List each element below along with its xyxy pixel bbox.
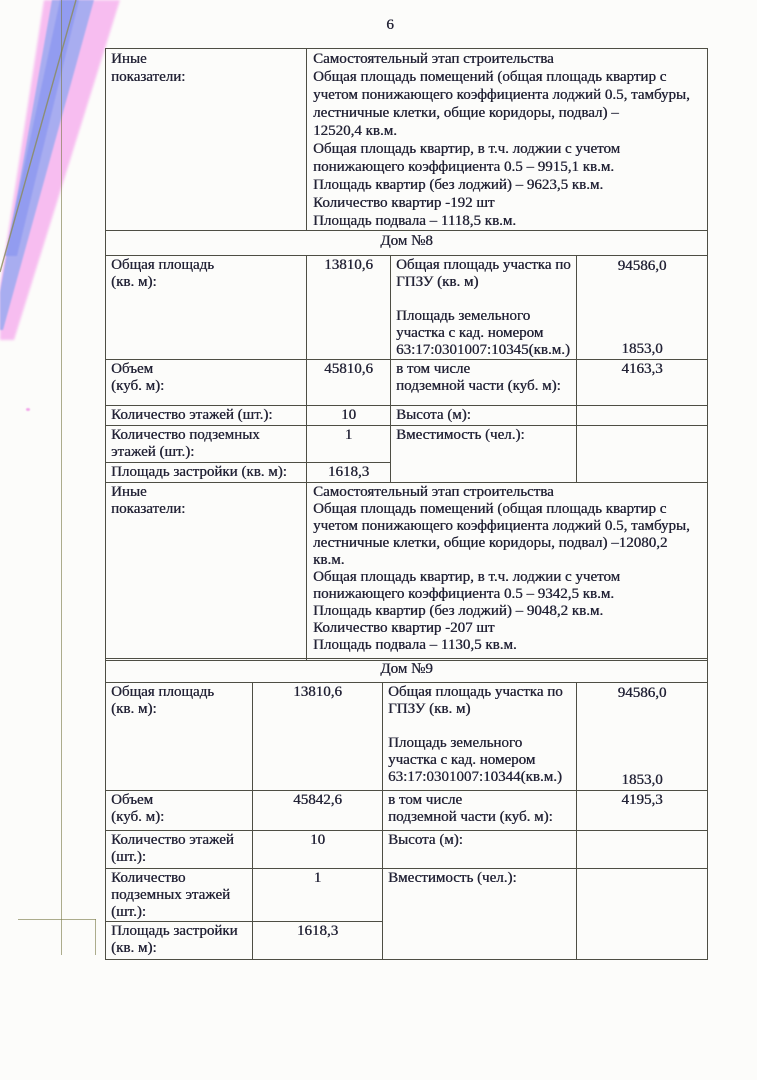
- house9-plot-area-values: 94586,0 1853,0: [577, 683, 708, 791]
- scan-line-vertical-bottom: [95, 919, 96, 955]
- house9-floors-value: 10: [253, 831, 383, 869]
- house9-title: Дом №9: [106, 659, 708, 683]
- other-indicators-label: Иные показатели:: [106, 49, 307, 231]
- house8-underground-volume-value: 4163,3: [577, 360, 708, 406]
- house9-height-value-empty: [577, 831, 708, 869]
- paper-edge-line: [0, 0, 76, 272]
- house9-underground-floors-value: 1: [253, 869, 383, 922]
- table-row: Иные показатели: Самостоятельный этап ст…: [106, 49, 708, 231]
- house8-underground-volume-label: в том числе подземной части (куб. м):: [391, 360, 577, 406]
- table-row: Количество подземных этажей (шт.): 1 Вме…: [106, 869, 708, 922]
- house8-plot-area-gpzu-value: 94586,0: [578, 257, 706, 275]
- scan-line-vertical-left: [61, 0, 62, 955]
- house8-other-indicators-label: Иные показатели:: [106, 483, 307, 661]
- table-row: Иные показатели: Самостоятельный этап ст…: [106, 483, 708, 661]
- house8-footprint-value: 1618,3: [307, 463, 391, 483]
- pink-speck: [26, 408, 30, 411]
- house9-footprint-value: 1618,3: [253, 922, 383, 960]
- house8-other-indicators-text: Самостоятельный этап строительства Общая…: [307, 483, 708, 661]
- house9-floors-label: Количество этажей (шт.):: [106, 831, 253, 869]
- scanned-document-page: { "page": { "number": "6" }, "top_block"…: [0, 0, 757, 1080]
- house8-total-area-value: 13810,6: [307, 256, 391, 360]
- house8-plot-area-cadastre-value: 1853,0: [577, 341, 707, 358]
- house8-height-value-empty: [577, 406, 708, 426]
- table-row: Количество этажей (шт.): 10 Высота (м):: [106, 406, 708, 426]
- house9-height-label: Высота (м):: [383, 831, 577, 869]
- house9-volume-label: Объем (куб. м):: [106, 791, 253, 831]
- house9-table: Дом №9 Общая площадь (кв. м): 13810,6 Об…: [105, 658, 708, 960]
- table-row: Объем (куб. м): 45842,6 в том числе подз…: [106, 791, 708, 831]
- house9-total-area-label: Общая площадь (кв. м):: [106, 683, 253, 791]
- house9-plot-area-gpzu-value: 94586,0: [578, 684, 706, 702]
- table-row: Количество этажей (шт.): 10 Высота (м):: [106, 831, 708, 869]
- house8-plot-area-label: Общая площадь участка по ГПЗУ (кв. м) Пл…: [391, 256, 577, 360]
- house8-underground-floors-value: 1: [307, 426, 391, 463]
- house8-footprint-label: Площадь застройки (кв. м):: [106, 463, 307, 483]
- house9-plot-area-cadastre-value: 1853,0: [577, 772, 707, 789]
- house8-volume-label: Объем (куб. м):: [106, 360, 307, 406]
- stripe-blue-bright: [5, 0, 79, 256]
- house9-capacity-label: Вместимость (чел.):: [383, 869, 577, 960]
- stripe-pink-fringe: [0, 0, 120, 340]
- table-row: Объем (куб. м): 45810,6 в том числе подз…: [106, 360, 708, 406]
- house8-total-area-label: Общая площадь (кв. м):: [106, 256, 307, 360]
- scan-line-horizontal-bottom: [18, 919, 96, 920]
- table-row: Общая площадь (кв. м): 13810,6 Общая пло…: [106, 256, 708, 360]
- house8-table: Дом №8 Общая площадь (кв. м): 13810,6 Об…: [105, 230, 708, 661]
- page-number: 6: [370, 17, 410, 34]
- house8-height-label: Высота (м):: [391, 406, 577, 426]
- house8-floors-label: Количество этажей (шт.):: [106, 406, 307, 426]
- house8-capacity-value-empty: [577, 426, 708, 483]
- house9-underground-volume-label: в том числе подземной части (куб. м):: [383, 791, 577, 831]
- house9-total-area-value: 13810,6: [253, 683, 383, 791]
- house9-plot-area-label: Общая площадь участка по ГПЗУ (кв. м) Пл…: [383, 683, 577, 791]
- table-row: Количество подземных этажей (шт.): 1 Вме…: [106, 426, 708, 463]
- house9-volume-value: 45842,6: [253, 791, 383, 831]
- house8-underground-floors-label: Количество подземных этажей (шт.):: [106, 426, 307, 463]
- house8-floors-value: 10: [307, 406, 391, 426]
- house9-underground-volume-value: 4195,3: [577, 791, 708, 831]
- house8-capacity-label: Вместимость (чел.):: [391, 426, 577, 483]
- house9-underground-floors-label: Количество подземных этажей (шт.):: [106, 869, 253, 922]
- house8-title: Дом №8: [106, 231, 708, 256]
- house8-plot-area-values: 94586,0 1853,0: [577, 256, 708, 360]
- other-indicators-text: Самостоятельный этап строительства Общая…: [307, 49, 708, 231]
- table-row: Дом №9: [106, 659, 708, 683]
- house9-capacity-value-empty: [577, 869, 708, 960]
- table-row: Дом №8: [106, 231, 708, 256]
- table-row: Общая площадь (кв. м): 13810,6 Общая пло…: [106, 683, 708, 791]
- stripe-blue-band: [0, 0, 94, 330]
- house9-footprint-label: Площадь застройки (кв. м):: [106, 922, 253, 960]
- other-indicators-table: Иные показатели: Самостоятельный этап ст…: [105, 48, 708, 231]
- house8-volume-value: 45810,6: [307, 360, 391, 406]
